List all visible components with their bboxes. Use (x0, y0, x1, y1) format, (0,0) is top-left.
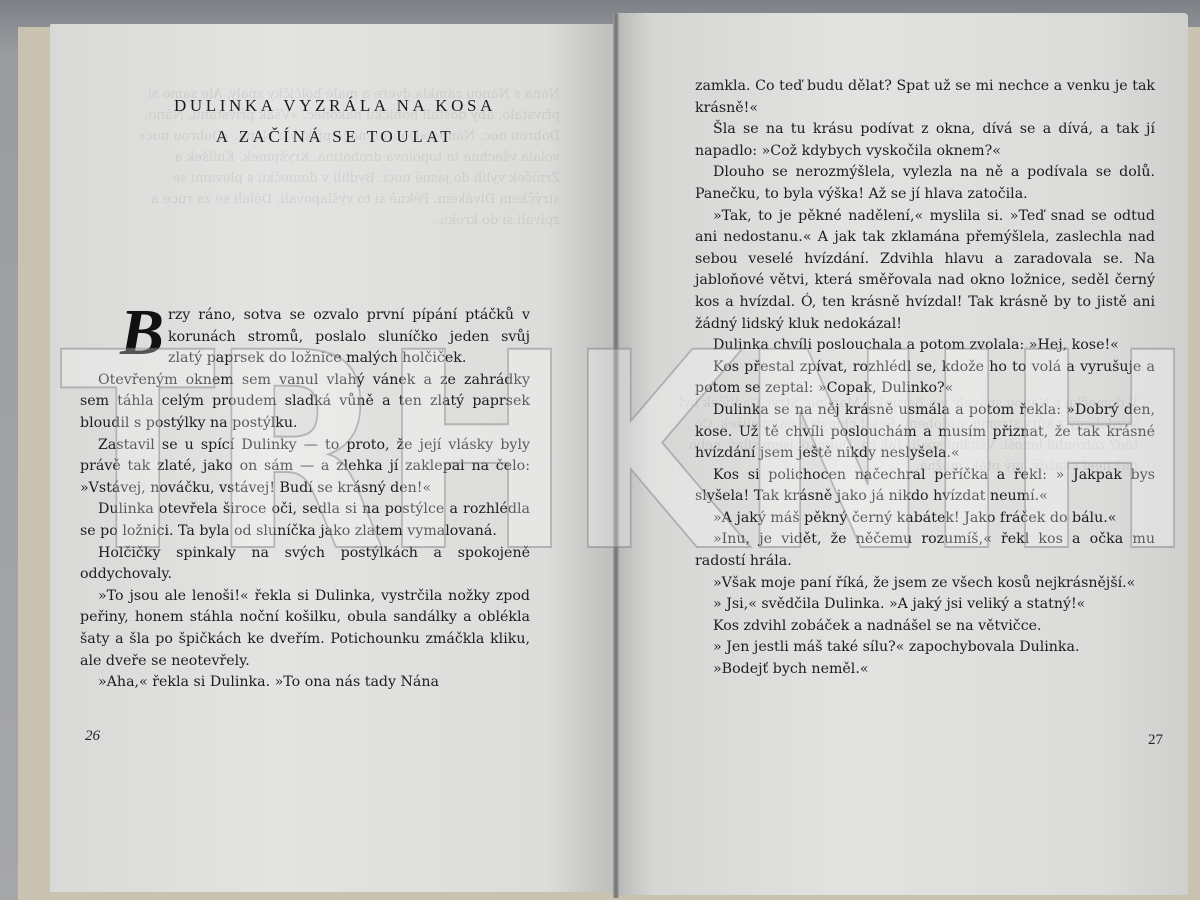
paragraph: »A jaký máš pěkný černý kabátek! Jako fr… (695, 508, 1155, 530)
paragraph: Kos zdvihl zobáček a nadnášel se na větv… (695, 616, 1155, 638)
drop-cap: B (120, 307, 164, 359)
paragraph: Dulinka chvíli poslouchala a potom zvola… (695, 335, 1155, 357)
book-photo: Nána s Nánou zamkla dveře a malé holčičk… (0, 0, 1200, 900)
paragraph: »Však moje paní říká, že jsem ze všech k… (695, 573, 1155, 595)
paragraph: Dulinka otevřela široce oči, sedla si na… (80, 499, 530, 542)
paragraph: »Bodejť bych neměl.« (695, 659, 1155, 681)
chapter-title: DULINKA VYZRÁLA NA KOSA A ZAČÍNÁ SE TOUL… (105, 90, 565, 152)
paragraph: » Jsi,« svědčila Dulinka. »A jaký jsi ve… (695, 594, 1155, 616)
page-number-right: 27 (1148, 732, 1163, 749)
paragraph: »To jsou ale lenoši!« řekla si Dulinka, … (80, 586, 530, 672)
paragraph: Dlouho se nerozmýšlela, vylezla na ně a … (695, 162, 1155, 205)
paragraph: Šla se na tu krásu podívat z okna, dívá … (695, 119, 1155, 162)
paragraph: Kos si polichocen načechral peříčka a ře… (695, 465, 1155, 508)
paragraph: » Jen jestli máš také sílu?« zapochybova… (695, 637, 1155, 659)
paragraph: »Tak, to je pěkné nadělení,« myslila si.… (695, 206, 1155, 336)
paragraph: »Aha,« řekla si Dulinka. »To ona nás tad… (80, 672, 530, 694)
left-page-body: Brzy ráno, sotva se ozvalo první pípání … (80, 305, 530, 694)
chapter-title-line-2: A ZAČÍNÁ SE TOULAT (105, 121, 565, 152)
page-number-left: 26 (85, 728, 100, 745)
paragraph: »Inu, je vidět, že něčemu rozumíš,« řekl… (695, 529, 1155, 572)
paragraph: Dulinka se na něj krásně usmála a potom … (695, 400, 1155, 465)
book-gutter (613, 14, 619, 898)
paragraph: Zastavil se u spící Dulinky — to proto, … (80, 435, 530, 500)
chapter-title-line-1: DULINKA VYZRÁLA NA KOSA (105, 90, 565, 121)
right-page-body: zamkla. Co teď budu dělat? Spat už se mi… (695, 76, 1155, 681)
paragraph: zamkla. Co teď budu dělat? Spat už se mi… (695, 76, 1155, 119)
paragraph: Holčičky spinkaly na svých postýlkách a … (80, 543, 530, 586)
paragraph: Brzy ráno, sotva se ozvalo první pípání … (80, 305, 530, 370)
paragraph: Otevřeným oknem sem vanul vlahý vánek a … (80, 370, 530, 435)
paragraph: Kos přestal zpívat, rozhlédl se, kdože h… (695, 357, 1155, 400)
